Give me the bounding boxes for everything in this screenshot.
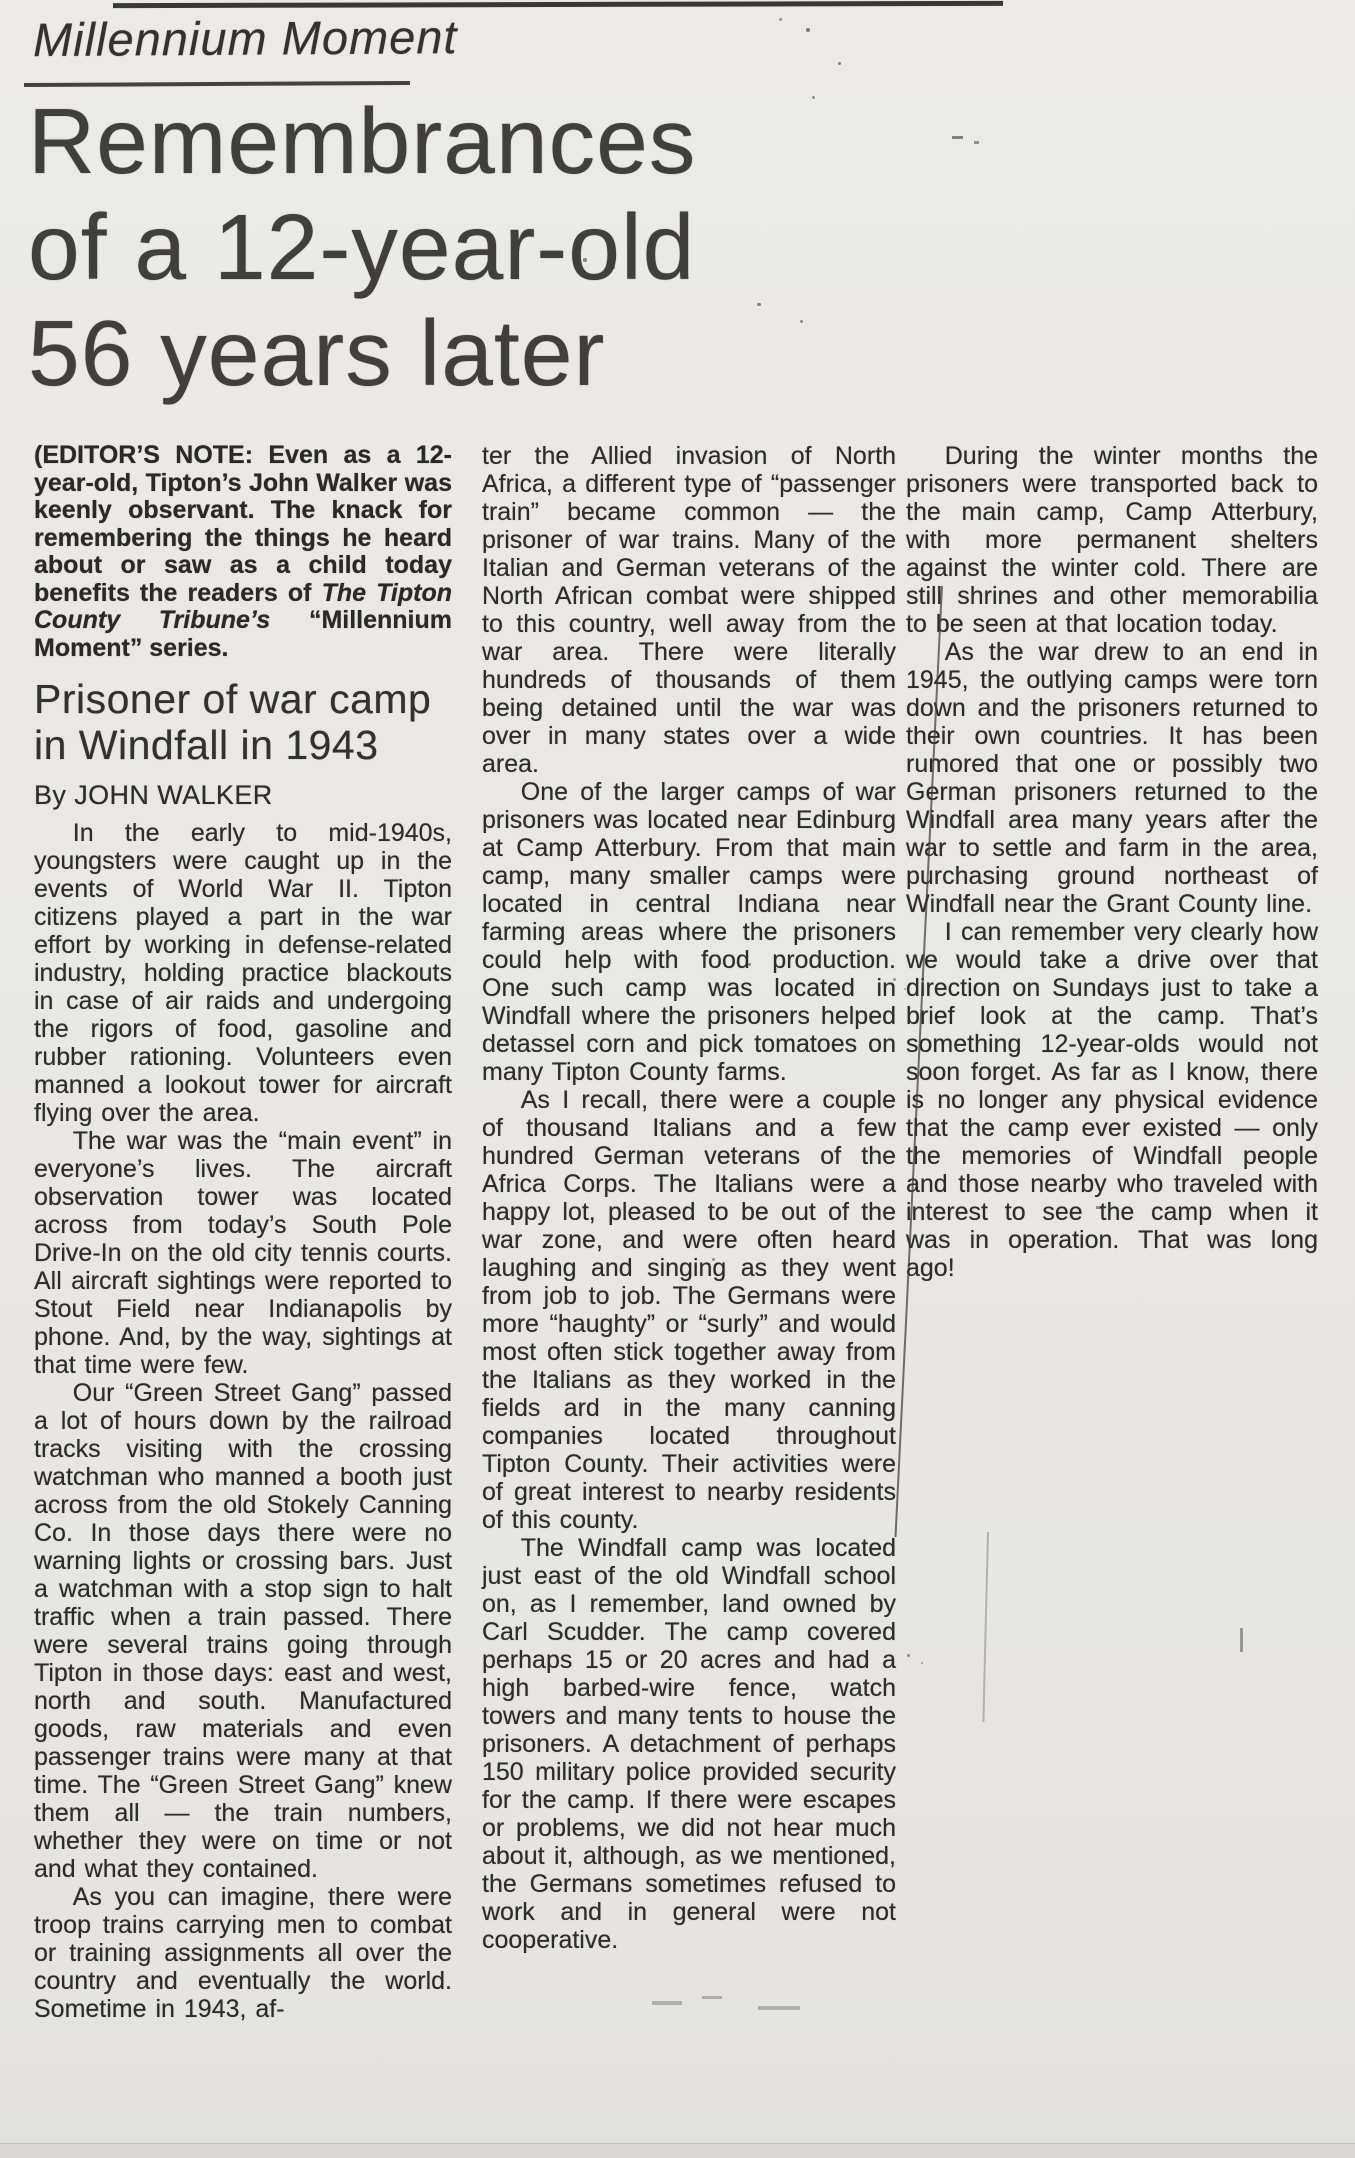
paragraph: ter the Allied invasion of North Africa,… bbox=[482, 442, 896, 778]
print-smudge bbox=[652, 2001, 682, 2005]
headline-line-3: 56 years later bbox=[28, 300, 848, 406]
paragraph: In the early to mid-1940s, youngsters we… bbox=[34, 819, 452, 1127]
ink-speck bbox=[812, 96, 815, 99]
article-subhead: Prisoner of war camp in Windfall in 1943 bbox=[34, 676, 452, 768]
ink-speck bbox=[806, 28, 810, 32]
ink-speck bbox=[952, 136, 963, 139]
ink-speck bbox=[748, 963, 751, 966]
ink-speck bbox=[588, 274, 591, 277]
column-2: ter the Allied invasion of North Africa,… bbox=[482, 442, 896, 1954]
paragraph: As the war drew to an end in 1945, the o… bbox=[906, 638, 1318, 918]
paragraph: The war was the “main event” in everyone… bbox=[34, 1127, 452, 1379]
ink-speck bbox=[1096, 1206, 1103, 1209]
headline-line-1: Remembrances bbox=[28, 88, 848, 194]
ink-speck bbox=[800, 320, 803, 323]
print-smudge bbox=[702, 1996, 722, 1999]
fold-crease-tail bbox=[982, 1532, 989, 1722]
paragraph: The Windfall camp was located just east … bbox=[482, 1534, 896, 1954]
ink-speck bbox=[757, 303, 761, 306]
ink-speck bbox=[1240, 1628, 1243, 1652]
newspaper-clipping: Millennium Moment Remembrances of a 12-y… bbox=[0, 0, 1355, 2158]
editors-note: (EDITOR’S NOTE: Even as a 12-year-old, T… bbox=[34, 442, 452, 662]
paragraph: During the winter months the prisoners w… bbox=[906, 442, 1318, 638]
ink-speck bbox=[921, 1662, 923, 1664]
scan-edge bbox=[0, 2143, 1355, 2158]
headline: Remembrances of a 12-year-old 56 years l… bbox=[28, 88, 848, 406]
ink-speck bbox=[838, 62, 841, 65]
ink-speck bbox=[612, 266, 615, 269]
paragraph: As I recall, there were a couple of thou… bbox=[482, 1086, 896, 1534]
column-3: During the winter months the prisoners w… bbox=[906, 442, 1318, 1282]
ink-speck bbox=[904, 988, 906, 990]
paragraph: Our “Green Street Gang” passed a lot of … bbox=[34, 1379, 452, 1883]
ink-speck bbox=[893, 978, 896, 981]
ink-speck bbox=[779, 18, 782, 21]
paragraph: As you can imagine, there were troop tra… bbox=[34, 1883, 452, 2023]
ink-speck bbox=[712, 1258, 715, 1261]
ink-speck bbox=[583, 258, 587, 262]
ink-speck bbox=[907, 1654, 910, 1657]
top-rule bbox=[113, 1, 1003, 8]
headline-line-2: of a 12-year-old bbox=[28, 194, 848, 300]
paragraph: I can remember very clearly how we would… bbox=[906, 918, 1318, 1282]
byline: By JOHN WALKER bbox=[34, 780, 452, 811]
column-1: (EDITOR’S NOTE: Even as a 12-year-old, T… bbox=[34, 442, 452, 2023]
kicker-underline bbox=[24, 81, 410, 87]
ink-speck bbox=[974, 141, 979, 144]
kicker: Millennium Moment bbox=[33, 8, 633, 67]
print-smudge bbox=[758, 2006, 800, 2010]
paragraph: One of the larger camps of war prisoners… bbox=[482, 778, 896, 1086]
